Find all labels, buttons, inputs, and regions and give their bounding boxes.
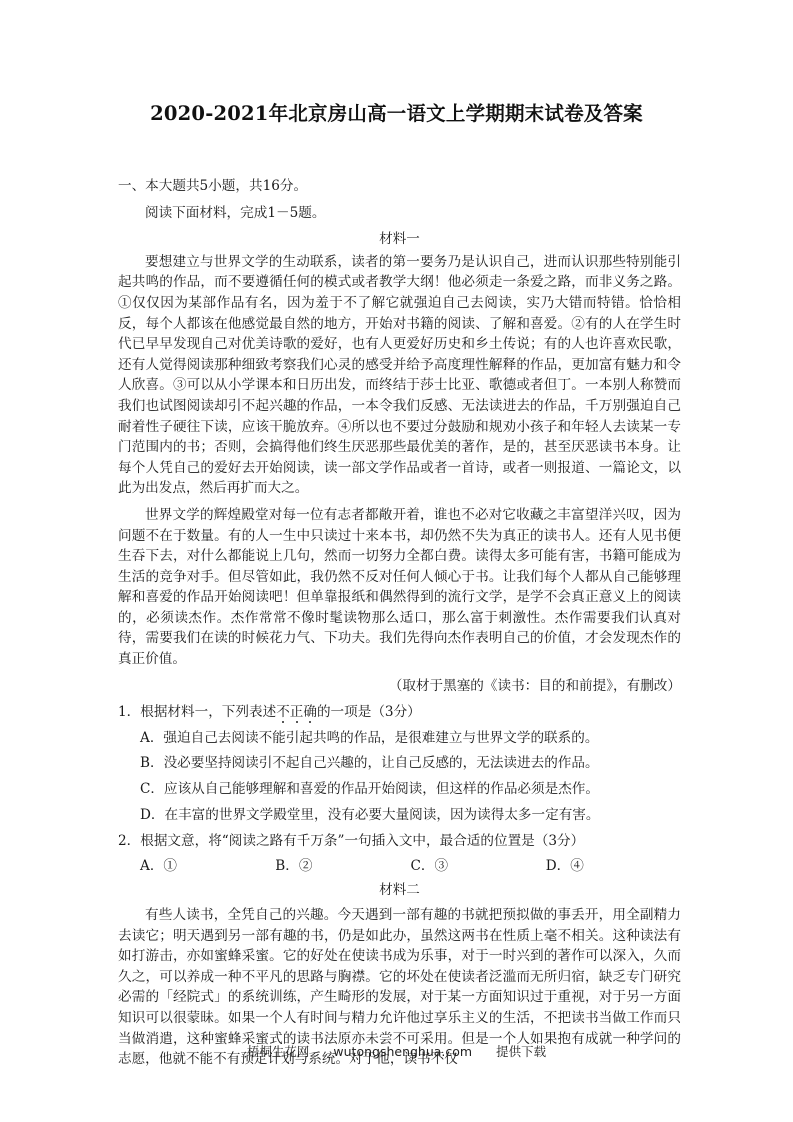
document-page: 2020-2021年北京房山高一语文上学期期末试卷及答案 一、本大题共5小题，共… xyxy=(0,0,793,1122)
question-2-options: A．① B．② C．③ D．④ xyxy=(118,856,681,877)
material-one-paragraph-1: 要想建立与世界文学的生动联系，读者的第一要务乃是认识自己，进而认识那些特别能引起… xyxy=(118,252,681,499)
question-2-option-b: B．② xyxy=(275,856,410,877)
question-1-stem: 1．根据材料一，下列表述不正确的一项是（3分） xyxy=(118,702,681,723)
question-2-option-a: A．① xyxy=(140,856,275,877)
question-2-option-d: D．④ xyxy=(546,856,681,877)
question-2-option-c: C．③ xyxy=(411,856,546,877)
question-2-stem: 2．根据文意，将“阅读之路有千万条”一句插入文中，最合适的位置是（3分） xyxy=(118,831,681,852)
reading-instruction: 阅读下面材料，完成1－5题。 xyxy=(118,203,681,224)
question-1-stem-prefix: 1．根据材料一，下列表述 xyxy=(118,704,276,720)
footer-site-name: 梧桐生花网 xyxy=(247,1044,310,1059)
question-1-option-a: A．强迫自己去阅读不能引起共鸣的作品，是很难建立与世界文学的联系的。 xyxy=(118,728,681,749)
document-title: 2020-2021年北京房山高一语文上学期期末试卷及答案 xyxy=(0,98,793,126)
document-body: 一、本大题共5小题，共16分。 阅读下面材料，完成1－5题。 材料一 要想建立与… xyxy=(118,176,681,1070)
section-header: 一、本大题共5小题，共16分。 xyxy=(118,176,681,197)
page-footer: 梧桐生花网 wutongshenghua.com 提供下载 xyxy=(0,1042,793,1060)
footer-url[interactable]: wutongshenghua.com xyxy=(333,1044,472,1059)
emphasis-char: 确 xyxy=(303,704,317,720)
footer-note: 提供下载 xyxy=(496,1044,546,1059)
question-1-option-b: B．没必要坚持阅读引不起自己兴趣的，让自己反感的，无法读进去的作品。 xyxy=(118,753,681,774)
material-one-source: （取材于黑塞的《读书：目的和前提》，有删改） xyxy=(118,676,681,697)
material-one-heading: 材料一 xyxy=(118,229,681,250)
material-two-heading: 材料二 xyxy=(118,880,681,901)
question-1-option-c: C．应该从自己能够理解和喜爱的作品开始阅读，但这样的作品必须是杰作。 xyxy=(118,779,681,800)
question-1-option-d: D．在丰富的世界文学殿堂里，没有必要大量阅读，因为读得太多一定有害。 xyxy=(118,805,681,826)
material-one-paragraph-2: 世界文学的辉煌殿堂对每一位有志者都敞开着，谁也不必对它收藏之丰富望洋兴叹，因为问… xyxy=(118,505,681,670)
emphasis-char: 正 xyxy=(290,704,304,720)
emphasis-char: 不 xyxy=(276,704,290,720)
question-1-stem-suffix: 的一项是（3分） xyxy=(317,704,421,720)
